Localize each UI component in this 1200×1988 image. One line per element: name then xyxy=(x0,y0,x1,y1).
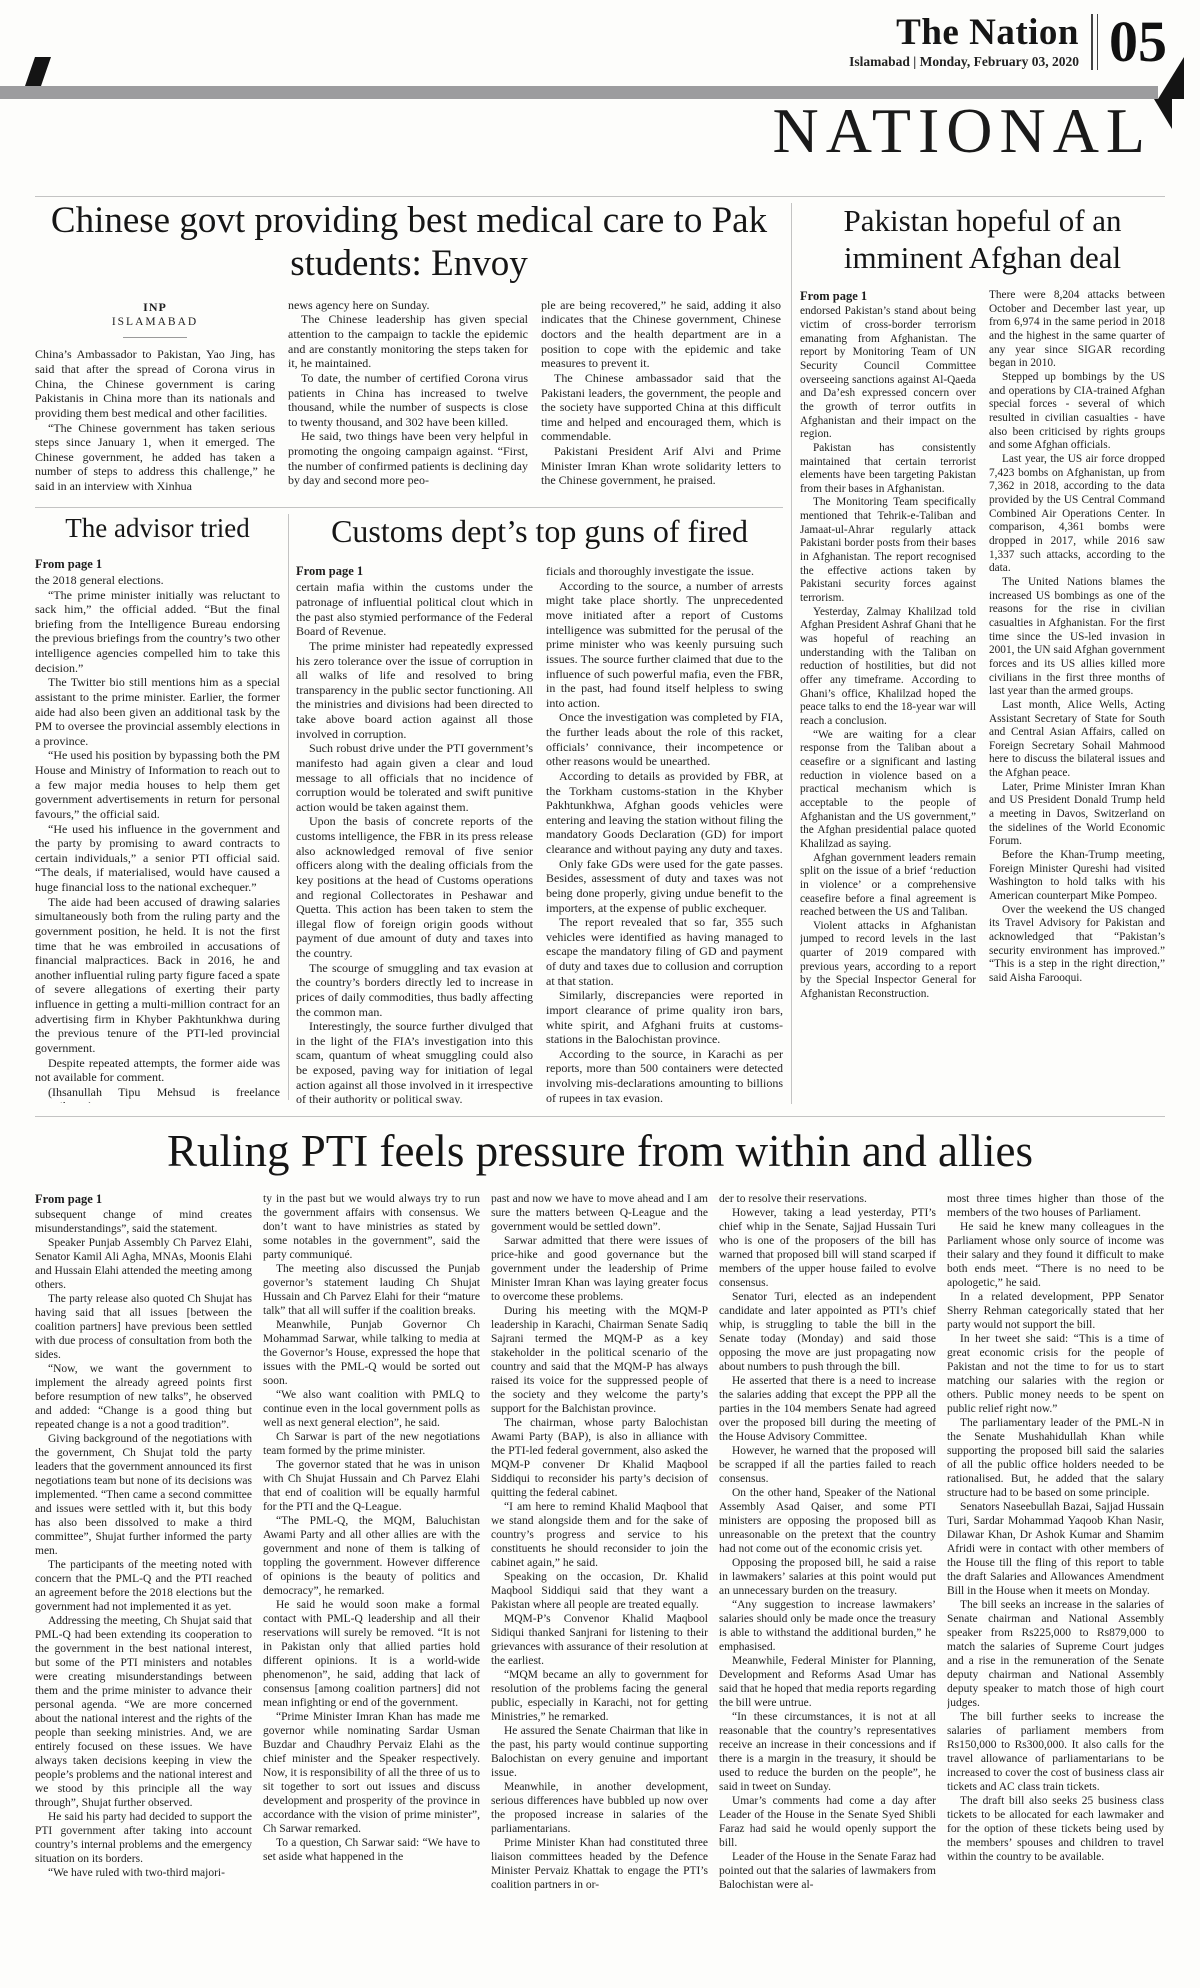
article-column: From page 1 subsequent change of mind cr… xyxy=(35,1192,252,1982)
paragraph: ple are being recovered,” he said, addin… xyxy=(541,298,781,371)
paragraph: Addressing the meeting, Ch Shujat said t… xyxy=(35,1614,252,1810)
paragraph: The prime minister had repeatedly expres… xyxy=(296,639,533,741)
paragraph: Speaker Punjab Assembly Ch Parvez Elahi,… xyxy=(35,1236,252,1292)
paragraph: Meanwhile, Federal Minister for Planning… xyxy=(719,1654,936,1710)
paragraph: “We are waiting for a clear response fro… xyxy=(800,729,976,852)
article-column: INP ISLAMABAD China’s Ambassador to Paki… xyxy=(35,298,275,513)
article-column: From page 1 endorsed Pakistan’s stand ab… xyxy=(800,289,976,1084)
headline: Ruling PTI feels pressure from within an… xyxy=(35,1127,1165,1177)
paragraph: “We have ruled with two-third majori- xyxy=(35,1866,252,1880)
paragraph: The Monitoring Team specifically mention… xyxy=(800,496,976,605)
byline: INP ISLAMABAD xyxy=(35,300,275,339)
paragraph: der to resolve their reservations. xyxy=(719,1192,936,1206)
paragraph: subsequent change of mind creates misund… xyxy=(35,1208,252,1236)
paragraph: “The prime minister initially was reluct… xyxy=(35,588,280,676)
paragraph: The scourge of smuggling and tax evasion… xyxy=(296,961,533,1020)
paragraph: news agency here on Sunday. xyxy=(288,298,528,313)
paragraph: most three times higher than those of th… xyxy=(947,1192,1164,1220)
paragraph: Last month, Alice Wells, Acting Assistan… xyxy=(989,699,1165,781)
paragraph: The draft bill also seeks 25 business cl… xyxy=(947,1794,1164,1864)
paragraph: Yesterday, Zalmay Khalilzad told Afghan … xyxy=(800,606,976,729)
article-column: ficials and thoroughly investigate the i… xyxy=(546,564,783,1104)
column-divider-advisor xyxy=(288,514,289,1100)
paragraph: To date, the number of certified Corona … xyxy=(288,371,528,430)
article-advisor: The advisor tried From page 1 the 2018 g… xyxy=(35,514,280,1103)
newspaper-page: The Nation Islamabad | Monday, February … xyxy=(0,0,1200,1988)
paragraph: ficials and thoroughly investigate the i… xyxy=(546,564,783,579)
byline-agency: INP xyxy=(35,300,275,315)
article-chinese-medical-care: Chinese govt providing best medical care… xyxy=(35,200,783,513)
paragraph: Such robust drive under the PTI governme… xyxy=(296,741,533,814)
section-header: NATIONAL xyxy=(773,99,1173,163)
paragraph: Later, Prime Minister Imran Khan and US … xyxy=(989,781,1165,849)
rule-under-header xyxy=(35,196,1165,197)
paragraph: Over the weekend the US changed its Trav… xyxy=(989,904,1165,986)
headline: Chinese govt providing best medical care… xyxy=(35,200,783,286)
article-column: From page 1 the 2018 general elections.“… xyxy=(35,557,280,1103)
paragraph: During his meeting with the MQM-P leader… xyxy=(491,1304,708,1416)
paragraph: the 2018 general elections. xyxy=(35,573,280,588)
article-column: der to resolve their reservations.Howeve… xyxy=(719,1192,936,1982)
paragraph: He assured the Senate Chairman that like… xyxy=(491,1724,708,1780)
paragraph: He asserted that there is a need to incr… xyxy=(719,1374,936,1444)
paragraph: The aide had been accused of drawing sal… xyxy=(35,895,280,1056)
article-column: ty in the past but we would always try t… xyxy=(263,1192,480,1982)
masthead: The Nation Islamabad | Monday, February … xyxy=(849,14,1167,70)
article-column: past and now we have to move ahead and I… xyxy=(491,1192,708,1982)
article-column: most three times higher than those of th… xyxy=(947,1192,1164,1982)
paragraph: According to details as provided by FBR,… xyxy=(546,769,783,857)
paragraph: Interestingly, the source further divulg… xyxy=(296,1019,533,1104)
paragraph: According to the source, a number of arr… xyxy=(546,579,783,711)
paragraph: The governor stated that he was in uniso… xyxy=(263,1458,480,1514)
paragraph: Upon the basis of concrete reports of th… xyxy=(296,814,533,960)
article-columns: From page 1 endorsed Pakistan’s stand ab… xyxy=(800,289,1165,1084)
paragraph: However, he warned that the proposed wil… xyxy=(719,1444,936,1486)
paragraph: “He used his influence in the government… xyxy=(35,822,280,895)
paragraph: past and now we have to move ahead and I… xyxy=(491,1192,708,1234)
article-columns: From page 1 subsequent change of mind cr… xyxy=(35,1192,1165,1982)
paragraph: Afghan government leaders remain split o… xyxy=(800,852,976,920)
paragraph: “In these circumstances, it is not at al… xyxy=(719,1710,936,1794)
paragraph: Only fake GDs were used for the gate pas… xyxy=(546,857,783,916)
column-divider-main xyxy=(791,203,792,1104)
paragraph: Meanwhile, Punjab Governor Ch Mohammad S… xyxy=(263,1318,480,1388)
article-columns: From page 1 certain mafia within the cus… xyxy=(296,564,783,1104)
page-number: 05 xyxy=(1109,14,1167,69)
paragraph: He said his party had decided to support… xyxy=(35,1810,252,1866)
paragraph: “MQM became an ally to government for re… xyxy=(491,1668,708,1724)
paragraph: ty in the past but we would always try t… xyxy=(263,1192,480,1262)
paragraph: Sarwar admitted that there were issues o… xyxy=(491,1234,708,1304)
paragraph: In a related development, PPP Senator Sh… xyxy=(947,1290,1164,1332)
paragraph: “Any suggestion to increase lawmakers’ s… xyxy=(719,1598,936,1654)
article-columns: INP ISLAMABAD China’s Ambassador to Paki… xyxy=(35,298,783,513)
from-page-label: From page 1 xyxy=(800,289,976,304)
paragraph: endorsed Pakistan’s stand about being vi… xyxy=(800,305,976,442)
byline-city: ISLAMABAD xyxy=(35,315,275,329)
paragraph: Senator Turi, elected as an independent … xyxy=(719,1290,936,1374)
paragraph: China’s Ambassador to Pakistan, Yao Jing… xyxy=(35,347,275,420)
paragraph: “I am here to remind Khalid Maqbool that… xyxy=(491,1500,708,1570)
paragraph: Stepped up bombings by the US and operat… xyxy=(989,371,1165,453)
paragraph: Prime Minister Khan had constituted thre… xyxy=(491,1836,708,1892)
paragraph: However, taking a lead yesterday, PTI’s … xyxy=(719,1206,936,1290)
article-column: ple are being recovered,” he said, addin… xyxy=(541,298,781,513)
paragraph: Senators Naseebullah Bazai, Sajjad Hussa… xyxy=(947,1500,1164,1598)
article-customs-officers: Customs dept’s top guns of fired From pa… xyxy=(296,514,783,1104)
paragraph: Despite repeated attempts, the former ai… xyxy=(35,1056,280,1085)
paragraph: Similarly, discrepancies were reported i… xyxy=(546,988,783,1047)
paragraph: There were 8,204 attacks between October… xyxy=(989,289,1165,371)
paragraph: Ch Sarwar is part of the new negotiation… xyxy=(263,1430,480,1458)
paragraph: In her tweet she said: “This is a time o… xyxy=(947,1332,1164,1416)
article-column: There were 8,204 attacks between October… xyxy=(989,289,1165,1084)
paragraph: The participants of the meeting noted wi… xyxy=(35,1558,252,1614)
paragraph: (Ihsanullah Tipu Mehsud is freelance con… xyxy=(35,1085,280,1103)
paragraph: The party release also quoted Ch Shujat … xyxy=(35,1292,252,1362)
paragraph: The report revealed that so far, 355 suc… xyxy=(546,915,783,988)
nameplate-divider xyxy=(1091,14,1098,70)
paragraph: “The PML-Q, the MQM, Baluchistan Awami P… xyxy=(263,1514,480,1598)
paragraph: MQM-P’s Convenor Khalid Maqbool Sidiqui … xyxy=(491,1612,708,1668)
paragraph: “He used his position by bypassing both … xyxy=(35,748,280,821)
corner-flag-decoration xyxy=(25,57,51,86)
article-column: news agency here on Sunday.The Chinese l… xyxy=(288,298,528,513)
dateline: Islamabad | Monday, February 03, 2020 xyxy=(849,54,1079,70)
paragraph: The Twitter bio still mentions him as a … xyxy=(35,675,280,748)
paragraph: The Chinese leadership has given special… xyxy=(288,312,528,371)
paragraph: Pakistan has consistently maintained tha… xyxy=(800,442,976,497)
paragraph: The United Nations blames the increased … xyxy=(989,576,1165,699)
paragraph: Violent attacks in Afghanistan jumped to… xyxy=(800,920,976,1002)
byline-rule xyxy=(123,337,187,338)
paragraph: The chairman, whose party Balochistan Aw… xyxy=(491,1416,708,1500)
paper-name: The Nation xyxy=(849,14,1079,51)
article-column: From page 1 certain mafia within the cus… xyxy=(296,564,533,1104)
headline: Customs dept’s top guns of fired xyxy=(296,514,783,549)
section-accent-icon xyxy=(1154,99,1172,129)
paragraph: The parliamentary leader of the PML-N in… xyxy=(947,1416,1164,1500)
article-columns: From page 1 the 2018 general elections.“… xyxy=(35,557,280,1103)
headline: Pakistan hopeful of an imminent Afghan d… xyxy=(800,203,1165,276)
paragraph: Before the Khan-Trump meeting, Foreign M… xyxy=(989,849,1165,904)
article-afghan-deal: Pakistan hopeful of an imminent Afghan d… xyxy=(800,203,1165,1084)
paragraph: On the other hand, Speaker of the Nation… xyxy=(719,1486,936,1556)
rule-above-bottom-story xyxy=(35,1116,1165,1117)
paragraph: He said, two things have been very helpf… xyxy=(288,429,528,488)
paragraph: The Chinese ambassador said that the Pak… xyxy=(541,371,781,444)
paragraph: Once the investigation was completed by … xyxy=(546,710,783,769)
from-page-label: From page 1 xyxy=(296,564,533,579)
section-title: NATIONAL xyxy=(773,95,1153,166)
paragraph: According to the source, in Karachi as p… xyxy=(546,1047,783,1104)
paragraph: Last year, the US air force dropped 7,42… xyxy=(989,453,1165,576)
paragraph: To a question, Ch Sarwar said: “We have … xyxy=(263,1836,480,1864)
paragraph: “Now, we want the government to implemen… xyxy=(35,1362,252,1432)
paragraph: Opposing the proposed bill, he said a ra… xyxy=(719,1556,936,1598)
paragraph: The bill further seeks to increase the s… xyxy=(947,1710,1164,1794)
paragraph: Pakistani President Arif Alvi and Prime … xyxy=(541,444,781,488)
paragraph: “Prime Minister Imran Khan has made me g… xyxy=(263,1710,480,1836)
paragraph: Umar’s comments had come a day after Lea… xyxy=(719,1794,936,1850)
paragraph: The meeting also discussed the Punjab go… xyxy=(263,1262,480,1318)
paragraph: “We also want coalition with PMLQ to con… xyxy=(263,1388,480,1430)
paragraph: He said he would soon make a formal cont… xyxy=(263,1598,480,1710)
from-page-label: From page 1 xyxy=(35,1192,252,1207)
article-pti-pressure: Ruling PTI feels pressure from within an… xyxy=(35,1127,1165,1982)
paragraph: Leader of the House in the Senate Faraz … xyxy=(719,1850,936,1892)
paragraph: He said he knew many colleagues in the P… xyxy=(947,1220,1164,1290)
paragraph: “The Chinese government has taken seriou… xyxy=(35,421,275,494)
paragraph: certain mafia within the customs under t… xyxy=(296,580,533,639)
paragraph: The bill seeks an increase in the salari… xyxy=(947,1598,1164,1710)
paragraph: Speaking on the occasion, Dr. Khalid Maq… xyxy=(491,1570,708,1612)
headline: The advisor tried xyxy=(35,514,280,544)
paragraph: Giving background of the negotiations wi… xyxy=(35,1432,252,1558)
paragraph: Meanwhile, in another development, serio… xyxy=(491,1780,708,1836)
from-page-label: From page 1 xyxy=(35,557,280,572)
